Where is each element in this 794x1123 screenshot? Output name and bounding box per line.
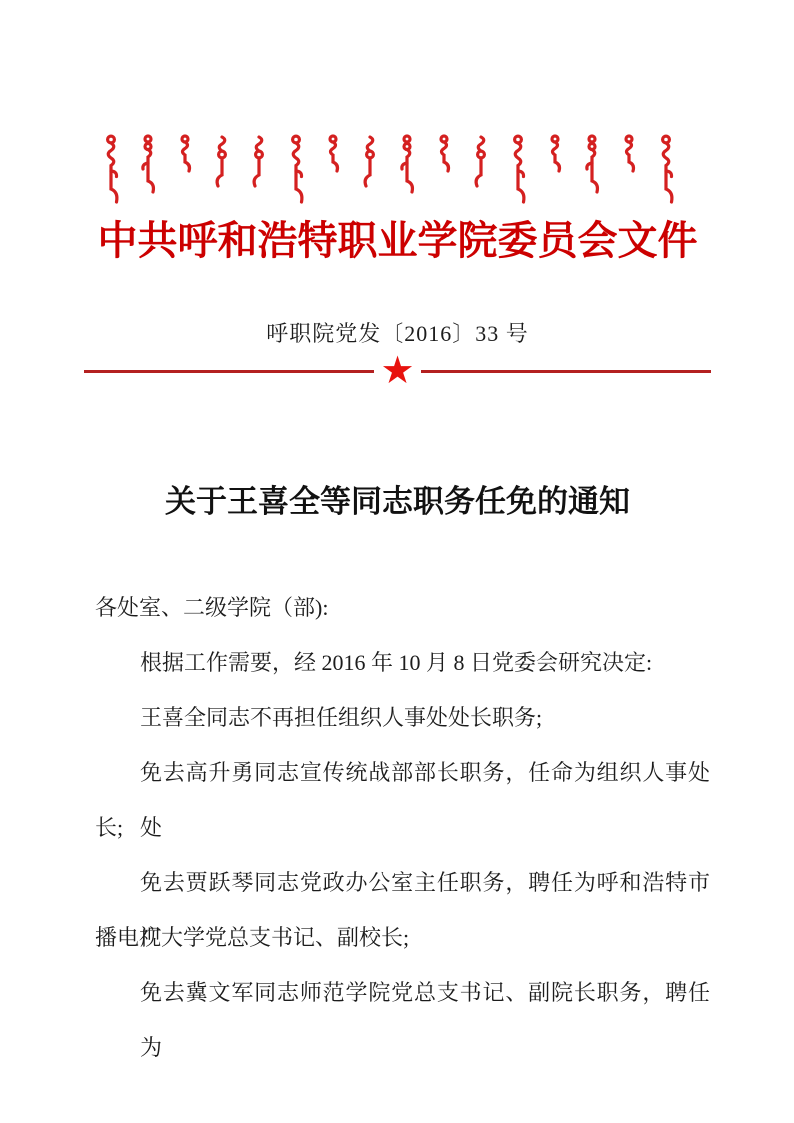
- divider-line-right: [421, 370, 711, 373]
- body-line: 免去高升勇同志宣传统战部部长职务，任命为组织人事处处: [95, 745, 710, 800]
- body-lines: 根据工作需要，经 2016 年 10 月 8 日党委会研究决定:王喜全同志不再担…: [95, 635, 710, 1020]
- mongolian-script-icon: [103, 133, 693, 205]
- body-line: 播电视大学党总支书记、副校长;: [95, 910, 710, 965]
- body-content: 各处室、二级学院（部): 根据工作需要，经 2016 年 10 月 8 日党委会…: [95, 580, 710, 1020]
- mongolian-script-banner: [84, 133, 711, 205]
- body-line: 根据工作需要，经 2016 年 10 月 8 日党委会研究决定:: [95, 635, 710, 690]
- star-icon: ★: [380, 351, 414, 389]
- divider-line-left: [84, 370, 374, 373]
- letterhead: 中共呼和浩特职业学院委员会文件 呼职院党发〔2016〕33 号 ★: [84, 0, 711, 392]
- body-line: 免去贾跃琴同志党政办公室主任职务，聘任为呼和浩特市广: [95, 855, 710, 910]
- body-line: 长;: [95, 800, 710, 855]
- body-line: 免去冀文军同志师范学院党总支书记、副院长职务，聘任为: [95, 965, 710, 1020]
- body-line: 王喜全同志不再担任组织人事处处长职务;: [95, 690, 710, 745]
- document-body: 关于王喜全等同志职务任免的通知 各处室、二级学院（部): 根据工作需要，经 20…: [84, 479, 711, 1020]
- document-number: 呼职院党发〔2016〕33 号: [84, 320, 711, 348]
- document-page: 中共呼和浩特职业学院委员会文件 呼职院党发〔2016〕33 号 ★ 关于王喜全等…: [0, 0, 794, 1123]
- salutation: 各处室、二级学院（部):: [95, 580, 710, 635]
- red-divider: ★: [84, 350, 711, 392]
- issuing-org-title: 中共呼和浩特职业学院委员会文件: [84, 215, 711, 267]
- document-title: 关于王喜全等同志职务任免的通知: [84, 479, 711, 524]
